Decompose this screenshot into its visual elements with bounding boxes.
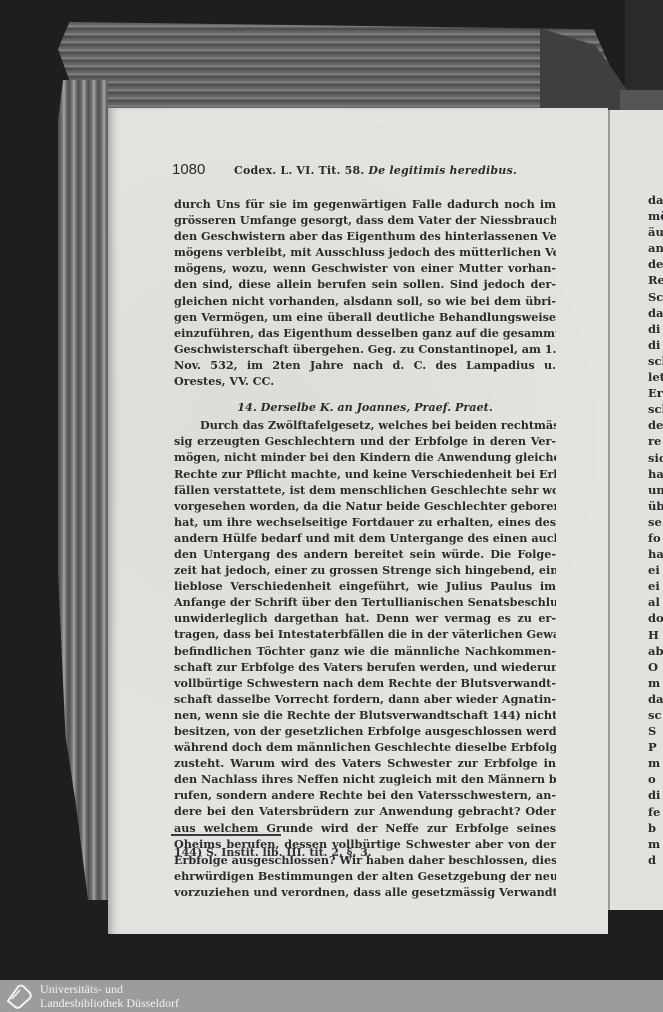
footnote: 144) S. Instit. lib. III. tit. 2. §. 3. [174, 846, 372, 859]
page-number: 1080 [172, 161, 205, 178]
text-line: zusteht. Warum wird des Vaters Schwester… [174, 755, 556, 771]
text-line: Nov. 532, im 2ten Jahre nach d. C. des L… [174, 357, 556, 373]
text-line: einzuführen, das Eigenthum desselben gan… [174, 325, 556, 341]
right-cover-edge [620, 90, 663, 110]
institution-name: Universitäts- und Landesbibliothek Düsse… [40, 982, 179, 1010]
paragraph-continuation: durch Uns für sie im gegenwärtigen Falle… [174, 196, 556, 389]
book-scan: dar mö äu an de Re Sc da di di sch let E… [0, 0, 663, 980]
footer-bar: Universitäts- und Landesbibliothek Düsse… [0, 980, 663, 1012]
text-line: mögen, nicht minder bei den Kindern die … [174, 449, 556, 465]
text-line: Anfange der Schrift über den Tertulliani… [174, 594, 556, 610]
text-line: gleichen nicht vorhanden, alsdann soll, … [174, 293, 556, 309]
text-line: lieblose Verschiedenheit eingeführt, wie… [174, 578, 556, 594]
text-line: nen, wenn sie die Rechte der Blutsverwan… [174, 707, 556, 723]
text-line: Geschwisterschaft übergehen. Geg. zu Con… [174, 341, 556, 357]
text-line: unwiderleglich dargethan hat. Denn wer v… [174, 610, 556, 626]
library-logo-icon [4, 983, 34, 1009]
text-line: vorgesehen worden, da die Natur beide Ge… [174, 498, 556, 514]
text-line: rufen, sondern andere Rechte bei den Vat… [174, 787, 556, 803]
text-line: vorzuziehen und verordnen, dass alle ges… [174, 884, 556, 900]
text-line: grösseren Umfange gesorgt, dass dem Vate… [174, 212, 556, 228]
text-line: Orestes, VV. CC. [174, 373, 556, 389]
text-line: Durch das Zwölftafelgesetz, welches bei … [174, 417, 556, 433]
book-page-right: dar mö äu an de Re Sc da di di sch let E… [608, 110, 663, 910]
text-line: schaft dasselbe Vorrecht fordern, dann a… [174, 691, 556, 707]
section-heading: 14. Derselbe K. an Joannes, Praef. Praet… [174, 399, 556, 415]
text-line: durch Uns für sie im gegenwärtigen Falle… [174, 196, 556, 212]
text-line: sig erzeugten Geschlechtern und der Erbf… [174, 433, 556, 449]
text-line: den Geschwistern aber das Eigenthum des … [174, 228, 556, 244]
text-line: befindlichen Töchter ganz wie die männli… [174, 643, 556, 659]
running-title-codex: Codex. L. VI. Tit. 58. [234, 164, 364, 177]
running-title: Codex. L. VI. Tit. 58. De legitimis here… [234, 164, 517, 177]
text-line: schaft zur Erbfolge des Vaters berufen w… [174, 659, 556, 675]
text-line: zeit hat jedoch, einer zu grossen Streng… [174, 562, 556, 578]
institution-line-2: Landesbibliothek Düsseldorf [40, 996, 179, 1010]
body-text: durch Uns für sie im gegenwärtigen Falle… [174, 196, 556, 900]
page-stack-edge [58, 80, 108, 900]
text-line: hat, um ihre wechselseitige Fortdauer zu… [174, 514, 556, 530]
text-line: den Untergang des andern bereitet sein w… [174, 546, 556, 562]
text-line: vollbürtige Schwestern nach dem Rechte d… [174, 675, 556, 691]
text-line: während doch dem männlichen Geschlechte … [174, 739, 556, 755]
text-line: mögens, wozu, wenn Geschwister von einer… [174, 260, 556, 276]
right-page-text-fragment: dar mö äu an de Re Sc da di di sch let E… [648, 192, 663, 868]
text-line: dere bei den Vatersbrüdern zur Anwendung… [174, 803, 556, 819]
text-line: Rechte zur Pflicht machte, und keine Ver… [174, 466, 556, 482]
background-shadow [625, 0, 663, 100]
paragraph-section-14: Durch das Zwölftafelgesetz, welches bei … [174, 417, 556, 900]
institution-line-1: Universitäts- und [40, 982, 179, 996]
running-title-italic: De legitimis heredibus. [368, 164, 517, 177]
text-line: mögens verbleibt, mit Ausschluss jedoch … [174, 244, 556, 260]
text-line: den sind, diese allein berufen sein soll… [174, 276, 556, 292]
text-line: den Nachlass ihres Neffen nicht zugleich… [174, 771, 556, 787]
text-line: andern Hülfe bedarf und mit dem Untergan… [174, 530, 556, 546]
text-line: fällen verstattete, ist dem menschlichen… [174, 482, 556, 498]
footnote-rule [171, 834, 281, 836]
text-line: ehrwürdigen Bestimmungen der alten Geset… [174, 868, 556, 884]
text-line: besitzen, von der gesetzlichen Erbfolge … [174, 723, 556, 739]
text-line: gen Vermögen, um eine überall deutliche … [174, 309, 556, 325]
text-line: tragen, dass bei Intestaterbfällen die i… [174, 626, 556, 642]
page-header: 1080 Codex. L. VI. Tit. 58. De legitimis… [172, 161, 572, 179]
